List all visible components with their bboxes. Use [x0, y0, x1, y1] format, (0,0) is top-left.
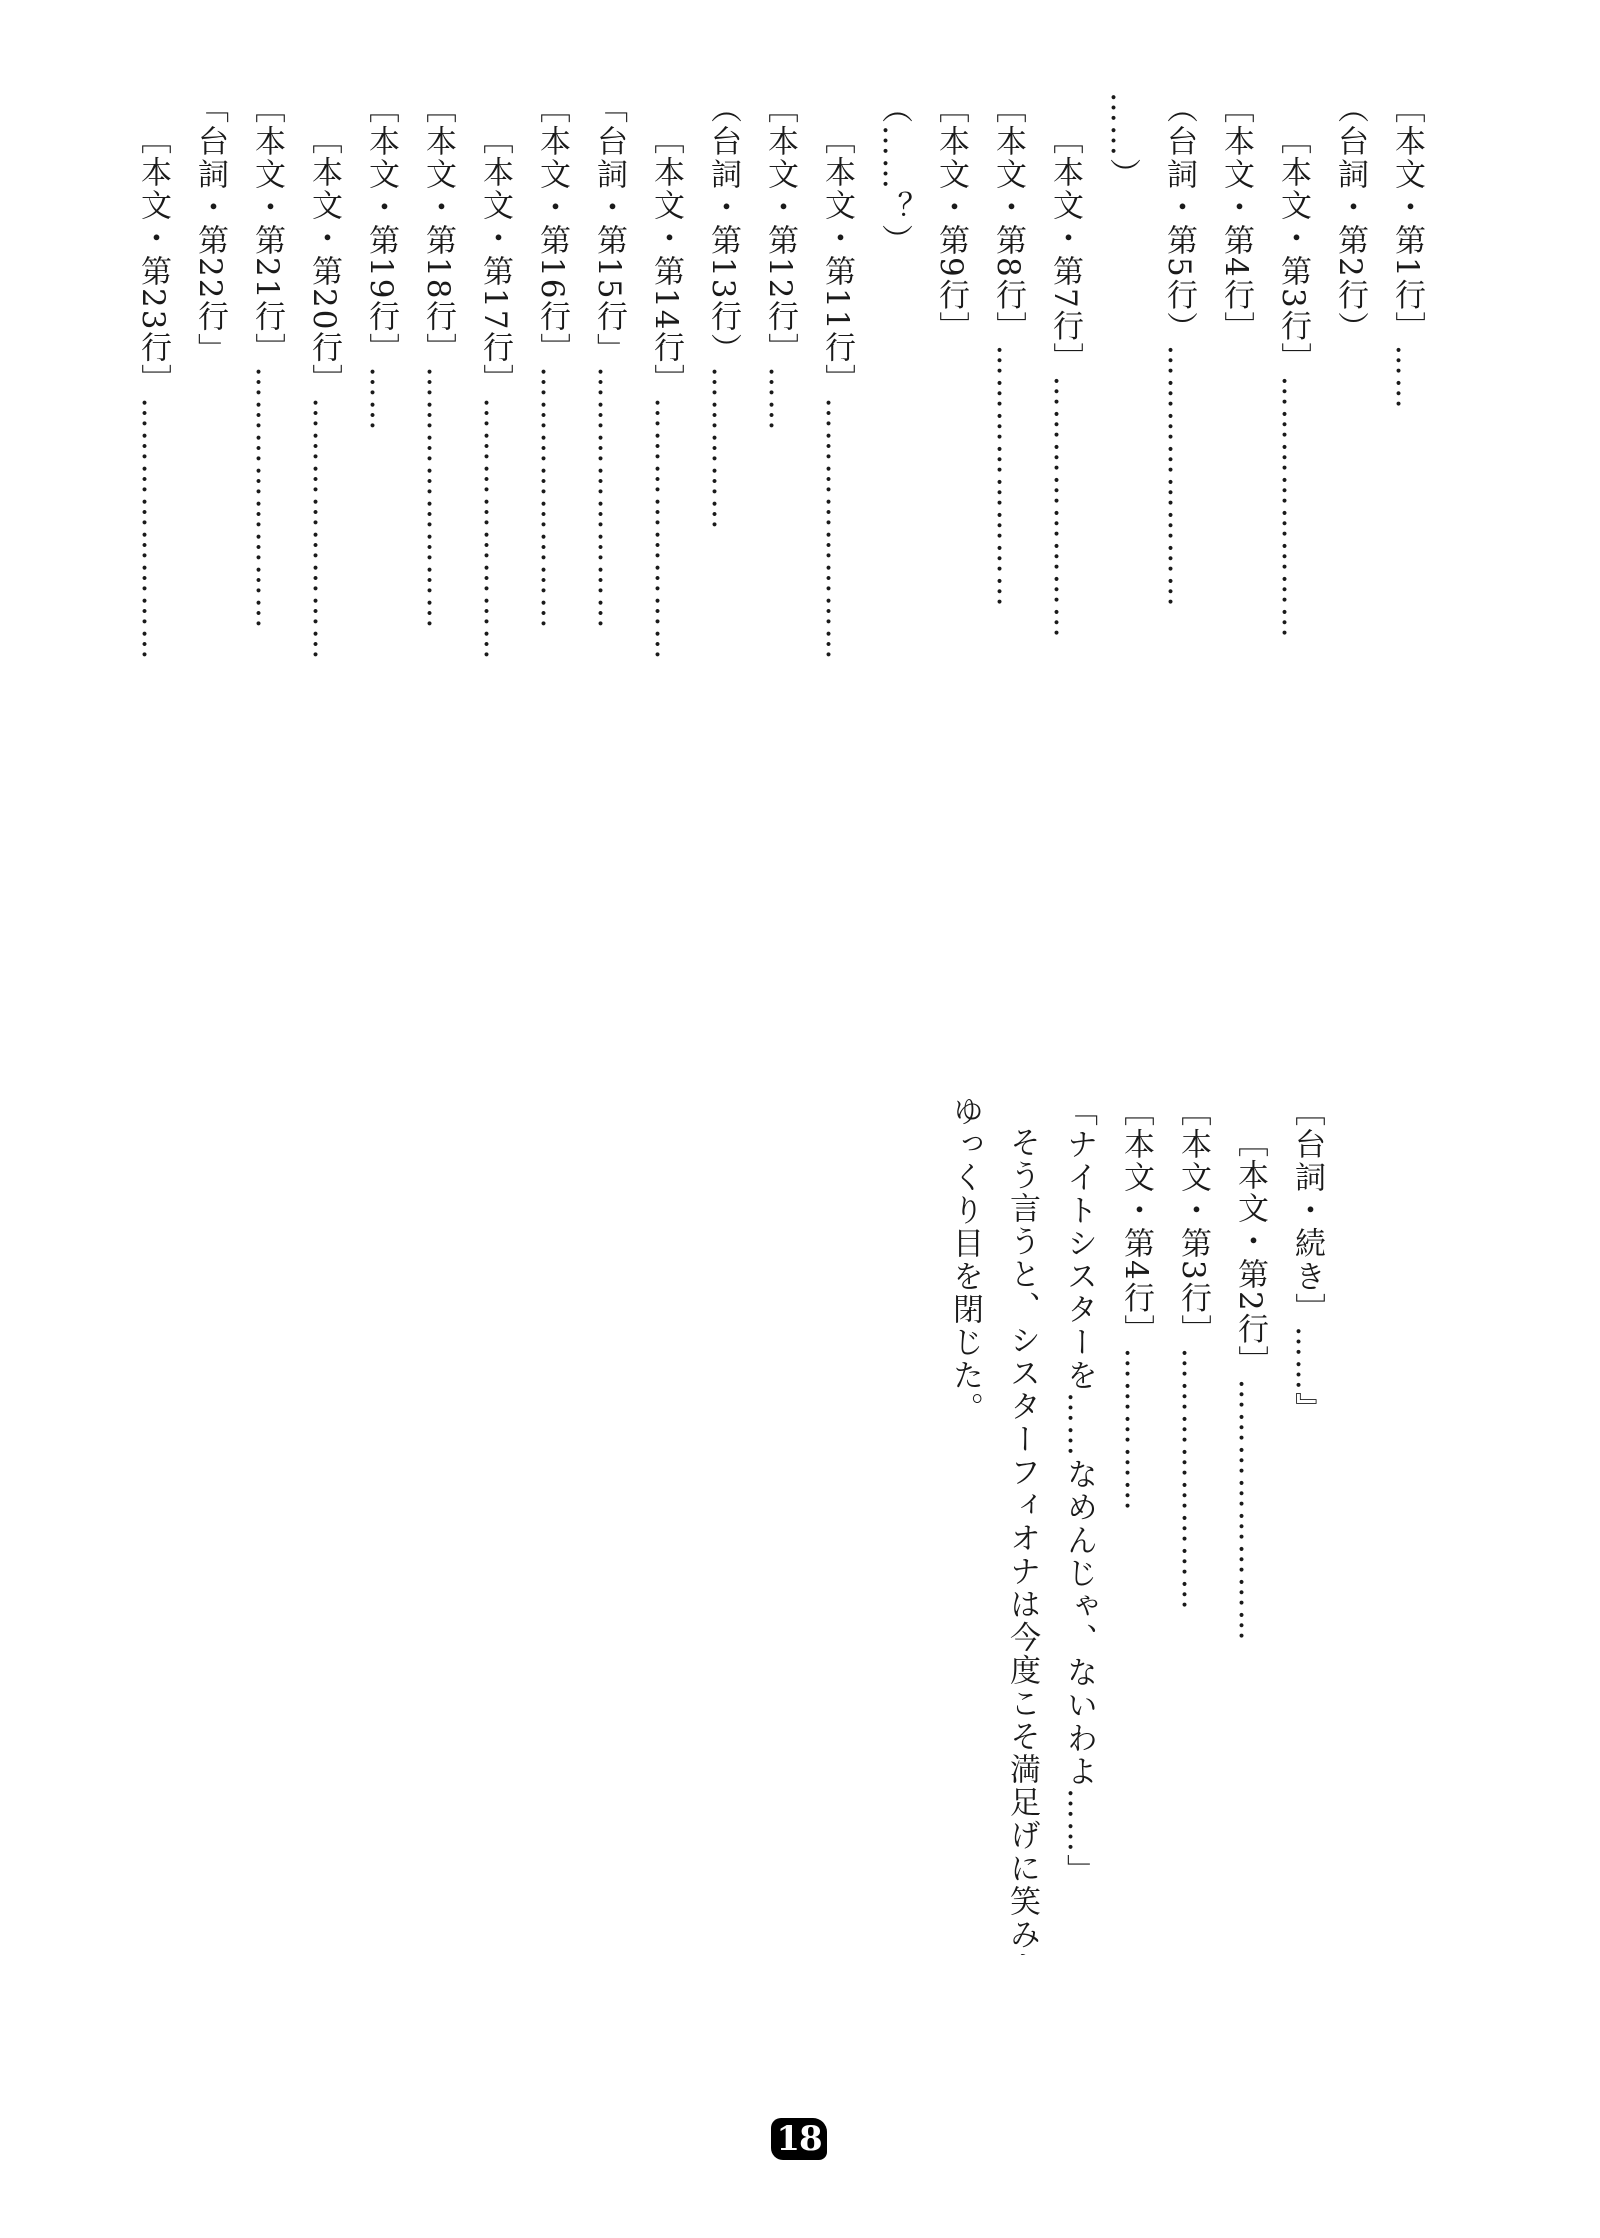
text-tier-bottom: ［台詞・続き］……』 ［本文・第2行］…………………… ［本文・第3行］……………: [875, 1095, 1335, 1955]
text-column: ［本文・第19行］……: [352, 92, 409, 1092]
text-column: ［台詞・続き］……』: [1278, 1095, 1335, 1955]
text-column: ［本文・第8行］……………………: [979, 92, 1036, 1092]
text-column: ［本文・第4行］: [1207, 92, 1264, 1092]
text-column: ［本文・第4行］……………: [1107, 1095, 1164, 1955]
text-column: ［本文・第12行］……: [751, 92, 808, 1092]
text-column: ［本文・第7行］……………………: [1036, 92, 1093, 1092]
text-tier-top: ［本文・第1行］…… （台詞・第2行） ［本文・第3行］…………………… ［本文…: [160, 92, 1435, 1092]
text-column: 「台詞・第22行」: [181, 92, 238, 1092]
text-column: ［本文・第21行］……………………: [238, 92, 295, 1092]
text-column: 「ナイトシスターを……なめんじゃ、ないわよ……」: [1050, 1095, 1107, 1955]
text-column: ［本文・第23行］……………………: [124, 92, 181, 1092]
text-column: ゆっくり目を閉じた。: [936, 1095, 993, 1955]
text-column: ［本文・第3行］……………………: [1164, 1095, 1221, 1955]
text-column: ［本文・第2行］……………………: [1221, 1095, 1278, 1955]
text-column: ［本文・第9行］: [922, 92, 979, 1092]
text-column: （台詞・第5行）……………………: [1150, 92, 1207, 1092]
text-column: ［本文・第3行］……………………: [1264, 92, 1321, 1092]
text-column: ［本文・第1行］……: [1378, 92, 1435, 1092]
text-column: ［本文・第16行］……………………: [523, 92, 580, 1092]
text-column: ［本文・第20行］……………………: [295, 92, 352, 1092]
text-column: ［本文・第14行］……………………: [637, 92, 694, 1092]
text-column: ［本文・第17行］……………………: [466, 92, 523, 1092]
text-column: ［本文・第11行］……………………: [808, 92, 865, 1092]
text-column: （台詞・第2行）: [1321, 92, 1378, 1092]
text-column: そう言うと、シスターフィオナは今度こそ満足げに笑みを浮かべながら、: [993, 1095, 1050, 1955]
text-column: ……）: [1093, 92, 1150, 1092]
page-number: 18: [771, 2118, 827, 2160]
text-column: （……？）: [865, 92, 922, 1092]
text-column: 「台詞・第15行」……………………: [580, 92, 637, 1092]
text-column: （台詞・第13行）……………: [694, 92, 751, 1092]
text-column: ［本文・第18行］……………………: [409, 92, 466, 1092]
